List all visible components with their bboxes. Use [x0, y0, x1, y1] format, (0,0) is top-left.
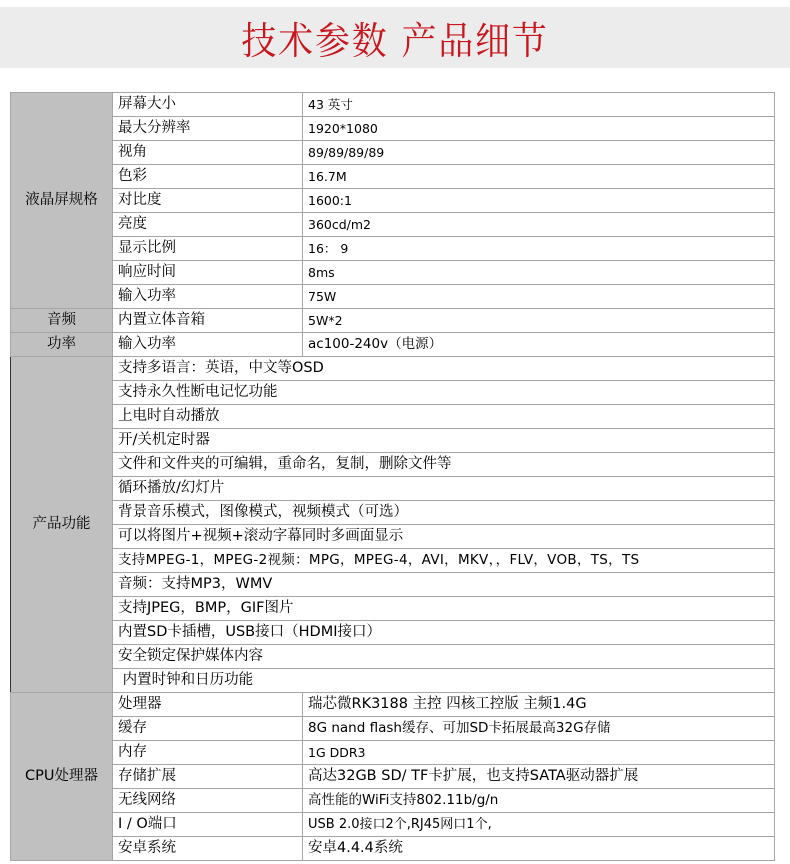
table-row: 内置SD卡插槽，USB接口（HDMI接口）: [11, 621, 775, 645]
feature-item: 循环播放/幻灯片: [113, 477, 775, 501]
feature-item: 支持永久性断电记忆功能: [113, 381, 775, 405]
spec-label: 输入功率: [113, 333, 303, 357]
table-row: 存储扩展 高达32GB SD/ TF卡扩展，也支持SATA驱动器扩展: [11, 765, 775, 789]
feature-item: 背景音乐模式，图像模式，视频模式（可选）: [113, 501, 775, 525]
spec-label: 响应时间: [113, 261, 303, 285]
table-row: 音频 内置立体音箱 5W*2: [11, 309, 775, 333]
spec-label: 处理器: [113, 693, 303, 717]
table-row: 文件和文件夹的可编辑，重命名，复制，删除文件等: [11, 453, 775, 477]
category-lcd: 液晶屏规格: [11, 93, 113, 309]
table-row: CPU处理器 处理器 瑞芯微RK3188 主控 四核工控版 主频1.4G: [11, 693, 775, 717]
feature-item: 支持MPEG-1，MPEG-2视频：MPG，MPEG-4，AVI，MKV，，FL…: [113, 549, 775, 573]
category-power: 功率: [11, 333, 113, 357]
spec-value: ac100-240v（电源）: [303, 333, 775, 357]
spec-label: 显示比例: [113, 237, 303, 261]
spec-label: 输入功率: [113, 285, 303, 309]
table-row: 亮度 360cd/m2: [11, 213, 775, 237]
table-row: 最大分辨率 1920*1080: [11, 117, 775, 141]
table-row: 无线网络 高性能的WiFi支持802.11b/g/n: [11, 789, 775, 813]
table-row: 支持永久性断电记忆功能: [11, 381, 775, 405]
spec-label: 视角: [113, 141, 303, 165]
feature-item: 可以将图片+视频+滚动字幕同时多画面显示: [113, 525, 775, 549]
feature-item: 支持JPEG，BMP，GIF图片: [113, 597, 775, 621]
feature-item: 音频：支持MP3，WMV: [113, 573, 775, 597]
table-row: 可以将图片+视频+滚动字幕同时多画面显示: [11, 525, 775, 549]
table-row: 音频：支持MP3，WMV: [11, 573, 775, 597]
spec-value: 16： 9: [303, 237, 775, 261]
table-row: 缓存 8G nand flash缓存、可加SD卡拓展最高32G存储: [11, 717, 775, 741]
spec-value: 安卓4.4.4系统: [303, 837, 775, 861]
table-row: 产品功能 支持多语言：英语，中文等OSD: [11, 357, 775, 381]
category-audio: 音频: [11, 309, 113, 333]
spec-value: 8ms: [303, 261, 775, 285]
feature-item: 开/关机定时器: [113, 429, 775, 453]
table-row: 输入功率 75W: [11, 285, 775, 309]
table-row: I / O端口 USB 2.0接口2个,RJ45网口1个,: [11, 813, 775, 837]
table-row: 支持MPEG-1，MPEG-2视频：MPG，MPEG-4，AVI，MKV，，FL…: [11, 549, 775, 573]
spec-label: 无线网络: [113, 789, 303, 813]
spec-value: 43 英寸: [303, 93, 775, 117]
table-row: 安卓系统 安卓4.4.4系统: [11, 837, 775, 861]
spec-value: 16.7M: [303, 165, 775, 189]
spec-label: 安卓系统: [113, 837, 303, 861]
spec-value: 8G nand flash缓存、可加SD卡拓展最高32G存储: [303, 717, 775, 741]
feature-item: 上电时自动播放: [113, 405, 775, 429]
table-row: 对比度 1600:1: [11, 189, 775, 213]
spec-value: 5W*2: [303, 309, 775, 333]
table-row: 安全锁定保护媒体内容: [11, 645, 775, 669]
spec-value: 360cd/m2: [303, 213, 775, 237]
spec-label: 最大分辨率: [113, 117, 303, 141]
spec-label: 缓存: [113, 717, 303, 741]
spec-value: 1G DDR3: [303, 741, 775, 765]
table-row: 循环播放/幻灯片: [11, 477, 775, 501]
table-row: 上电时自动播放: [11, 405, 775, 429]
spec-value: 1920*1080: [303, 117, 775, 141]
feature-item: 安全锁定保护媒体内容: [113, 645, 775, 669]
spec-label: 色彩: [113, 165, 303, 189]
spec-label: I / O端口: [113, 813, 303, 837]
table-row: 支持JPEG，BMP，GIF图片: [11, 597, 775, 621]
feature-item: 支持多语言：英语，中文等OSD: [113, 357, 775, 381]
spec-label: 亮度: [113, 213, 303, 237]
feature-item: 内置SD卡插槽，USB接口（HDMI接口）: [113, 621, 775, 645]
spec-value: 瑞芯微RK3188 主控 四核工控版 主频1.4G: [303, 693, 775, 717]
table-row: 响应时间 8ms: [11, 261, 775, 285]
table-row: 视角 89/89/89/89: [11, 141, 775, 165]
category-features: 产品功能: [11, 357, 113, 693]
table-row: 液晶屏规格 屏幕大小 43 英寸: [11, 93, 775, 117]
spec-label: 屏幕大小: [113, 93, 303, 117]
feature-item: 内置时钟和日历功能: [113, 669, 775, 693]
table-row: 内存 1G DDR3: [11, 741, 775, 765]
spec-table: 液晶屏规格 屏幕大小 43 英寸 最大分辨率 1920*1080 视角 89/8…: [10, 92, 775, 861]
table-row: 内置时钟和日历功能: [11, 669, 775, 693]
spec-value: 89/89/89/89: [303, 141, 775, 165]
page-title: 技术参数 产品细节: [241, 10, 548, 65]
spec-value: USB 2.0接口2个,RJ45网口1个,: [303, 813, 775, 837]
table-row: 开/关机定时器: [11, 429, 775, 453]
spec-label: 存储扩展: [113, 765, 303, 789]
feature-item: 文件和文件夹的可编辑，重命名，复制，删除文件等: [113, 453, 775, 477]
spec-label: 对比度: [113, 189, 303, 213]
table-row: 背景音乐模式，图像模式，视频模式（可选）: [11, 501, 775, 525]
spec-label: 内存: [113, 741, 303, 765]
spec-value: 高性能的WiFi支持802.11b/g/n: [303, 789, 775, 813]
table-row: 功率 输入功率 ac100-240v（电源）: [11, 333, 775, 357]
spec-label: 内置立体音箱: [113, 309, 303, 333]
spec-value: 高达32GB SD/ TF卡扩展，也支持SATA驱动器扩展: [303, 765, 775, 789]
table-row: 色彩 16.7M: [11, 165, 775, 189]
category-cpu: CPU处理器: [11, 693, 113, 861]
header-banner: 技术参数 产品细节: [0, 7, 790, 68]
spec-value: 1600:1: [303, 189, 775, 213]
spec-value: 75W: [303, 285, 775, 309]
table-row: 显示比例 16： 9: [11, 237, 775, 261]
